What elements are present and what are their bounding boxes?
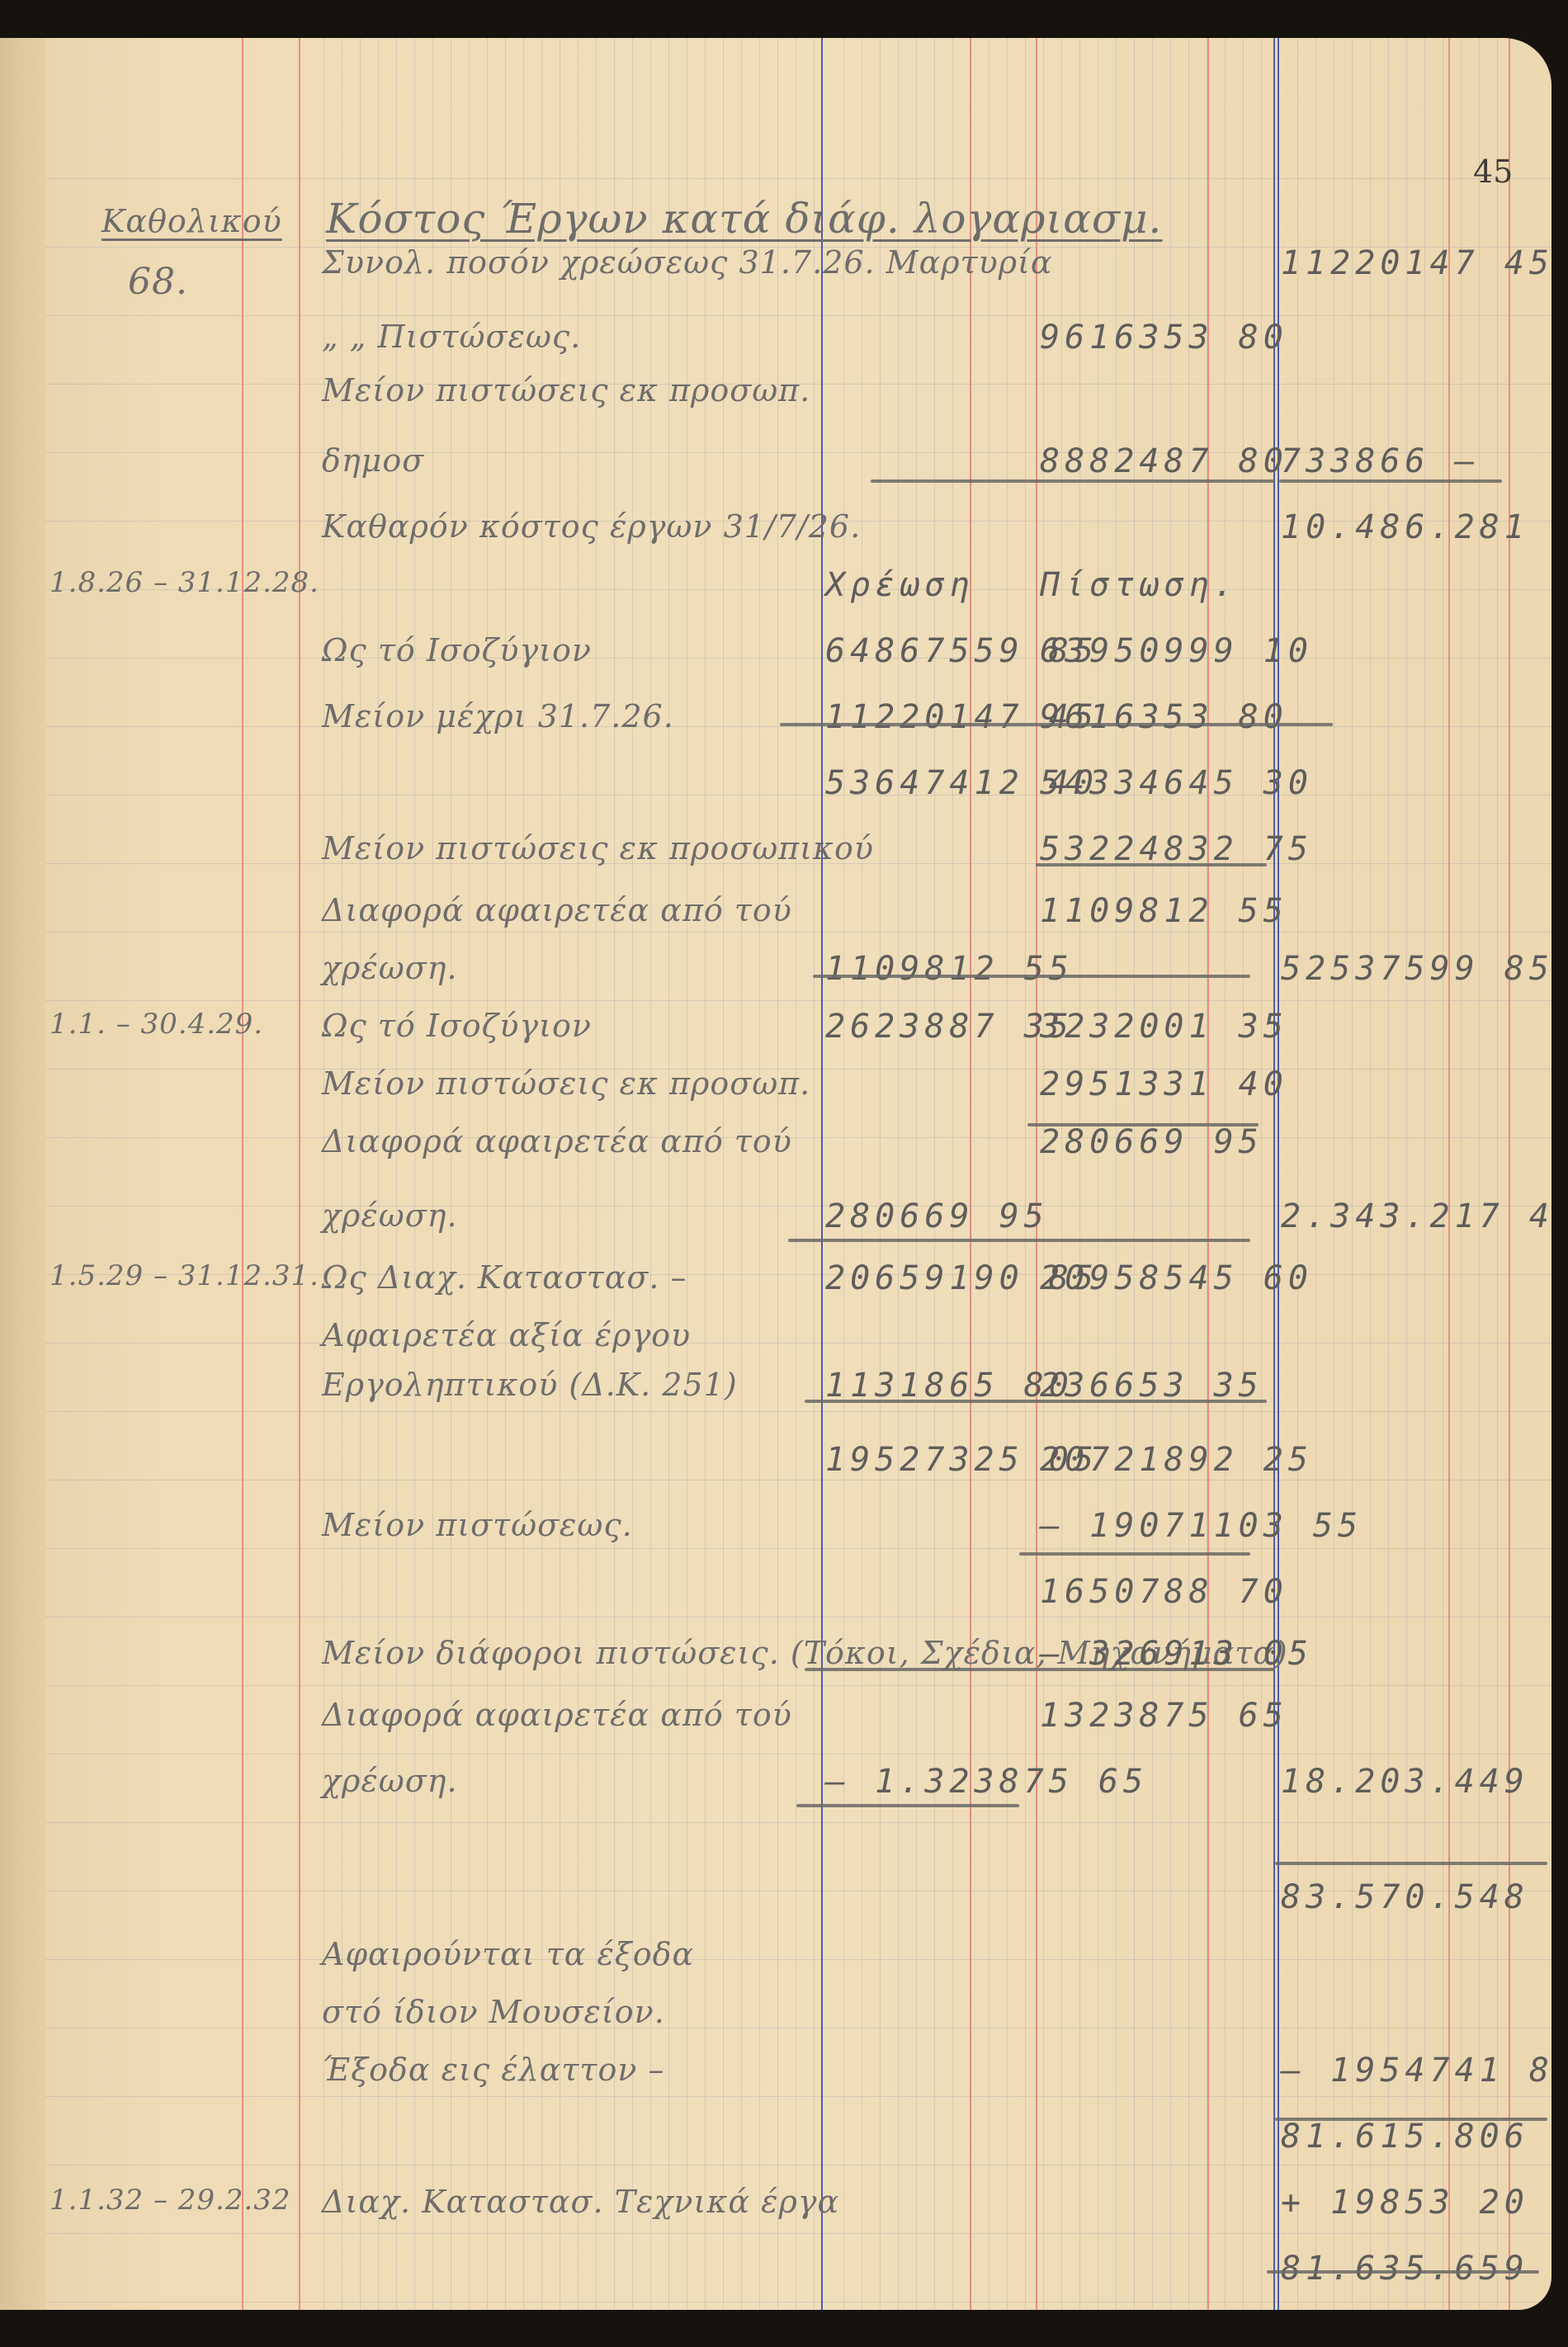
- credit-amount: 1323875 65: [1040, 1697, 1288, 1735]
- entry-description: Μείον πιστώσεις εκ προσωπικού: [322, 830, 874, 867]
- grid-line: [843, 38, 844, 2310]
- grid-line: [1225, 38, 1226, 2310]
- page-number: 45: [1473, 153, 1513, 190]
- entry-description: δημοσ: [322, 442, 424, 479]
- entry-description: χρέωση.: [322, 1197, 458, 1234]
- credit-amount: 20958545 60: [1040, 1259, 1313, 1297]
- entry-description: Αφαιρούνται τα έξοδα: [322, 1936, 694, 1972]
- entry-description: Διαφορά αφαιρετέα από τού: [322, 1123, 792, 1159]
- ruled-line: [45, 1822, 1551, 1823]
- previous-page-edge: [0, 38, 50, 2310]
- sum-rule: [1275, 2118, 1547, 2121]
- total-amount: 52537599 85: [1281, 950, 1551, 988]
- sum-rule: [813, 975, 1250, 978]
- grid-line: [898, 38, 899, 2310]
- grid-line: [1079, 38, 1080, 2310]
- entry-description: χρέωση.: [322, 950, 458, 986]
- total-amount: 81.635.659 45: [1281, 2250, 1551, 2288]
- grid-line: [1370, 38, 1371, 2310]
- total-amount: 81.615.806 25: [1281, 2118, 1551, 2156]
- total-column-rule: [1273, 38, 1275, 2310]
- entry-description: χρέωση.: [322, 1763, 458, 1799]
- entry-description: Μείον πιστώσεις εκ προσωπ.: [322, 1065, 810, 1102]
- grid-line: [862, 38, 862, 2310]
- ruled-line: [45, 2302, 1551, 2302]
- grid-line: [934, 38, 935, 2310]
- ruled-line: [45, 1137, 1551, 1138]
- grid-line: [1061, 38, 1062, 2310]
- sum-rule: [871, 479, 1275, 483]
- ruled-line: [45, 1343, 1551, 1344]
- credit-amount: 20721892 25: [1040, 1441, 1313, 1479]
- grid-line: [1043, 38, 1044, 2310]
- grid-line: [1461, 38, 1462, 2310]
- sum-rule: [780, 723, 1333, 726]
- credit-amount: 63950999 10: [1040, 632, 1313, 670]
- entry-description: στό ίδιον Μουσείον.: [322, 1994, 665, 2030]
- grid-line: [1479, 38, 1480, 2310]
- entry-description: Ως τό Ισοζύγιον: [322, 1008, 592, 1044]
- ruled-line: [45, 1480, 1551, 1480]
- credit-amount: 9616353 80: [1040, 698, 1288, 736]
- credit-amount: 8882487 80: [1040, 442, 1288, 480]
- grid-line: [1388, 38, 1389, 2310]
- debit-amount: – 1.323875 65: [825, 1763, 1148, 1801]
- entry-description: Μείον μέχρι 31.7.26.: [322, 698, 674, 734]
- ruled-line: [45, 1959, 1551, 1960]
- sum-rule: [1275, 1862, 1547, 1865]
- total-amount: 10.486.281 45: [1281, 508, 1551, 546]
- sum-rule: [1027, 1123, 1259, 1126]
- ruled-line: [45, 932, 1551, 933]
- grid-line: [880, 38, 881, 2310]
- total-amount: 2.343.217 40: [1281, 1197, 1551, 1235]
- entry-description: Μείον πιστώσεως.: [322, 1507, 633, 1543]
- total-amount: 18.203.449 40: [1281, 1763, 1551, 1801]
- sum-rule: [788, 1239, 1250, 1242]
- grid-line: [989, 38, 989, 2310]
- sum-rule: [1019, 1552, 1250, 1556]
- right-margin-rule: [1509, 38, 1510, 2310]
- credit-amount: 2951331 40: [1040, 1065, 1288, 1103]
- period-label: 1.8.26 – 31.12.28.: [50, 566, 319, 599]
- ruled-line: [45, 2096, 1551, 2097]
- grid-line: [971, 38, 971, 2310]
- grid-line: [814, 38, 815, 2310]
- ruled-line: [45, 1685, 1551, 1686]
- grid-line: [1352, 38, 1353, 2310]
- ruled-line: [45, 1411, 1551, 1412]
- page-title: Κόστος Έργων κατά διάφ. λογαριασμ.: [326, 195, 1162, 243]
- grid-line: [1007, 38, 1008, 2310]
- entry-description: Διαφορά αφαιρετέα από τού: [322, 892, 792, 928]
- total-amount: + 19853 20: [1281, 2184, 1529, 2222]
- account-label: Καθολικού: [102, 203, 282, 239]
- debit-column-rule: [821, 38, 823, 2310]
- sum-rule: [1267, 2270, 1539, 2274]
- credit-amount: Πίστωση.: [1040, 566, 1239, 604]
- total-amount: 83.570.548 10: [1281, 1878, 1551, 1916]
- total-amount: 11220147 45: [1281, 244, 1551, 282]
- grid-line: [1207, 38, 1207, 2310]
- grid-line: [1297, 38, 1298, 2310]
- period-label: 1.1. – 30.4.29.: [50, 1008, 263, 1041]
- credit-amount: 1650788 70: [1040, 1573, 1288, 1611]
- ruled-line: [45, 658, 1551, 659]
- grid-line: [1170, 38, 1171, 2310]
- total-amount: – 1954741 85: [1281, 2052, 1551, 2090]
- grid-line: [1443, 38, 1443, 2310]
- grid-line: [916, 38, 917, 2310]
- entry-description: Μείον πιστώσεις εκ προσωπ.: [322, 372, 810, 408]
- period-label: 1.1.32 – 29.2.32: [50, 2184, 291, 2217]
- credit-amount: 280669 95: [1040, 1123, 1263, 1161]
- account-number: 68.: [128, 261, 188, 303]
- grid-line: [1188, 38, 1189, 2310]
- debit-amount: 2623887 35: [825, 1008, 1074, 1046]
- credit-amount: 9616353 80: [1040, 319, 1288, 357]
- grid-line: [1406, 38, 1407, 2310]
- ruled-line: [45, 178, 1551, 179]
- ledger-page: 45 Καθολικού 68. Κόστος Έργων κατά διάφ.…: [45, 38, 1551, 2310]
- grid-line: [1424, 38, 1425, 2310]
- ruled-line: [45, 1754, 1551, 1754]
- grid-line: [1098, 38, 1098, 2310]
- debit-amount: 1109812 55: [825, 950, 1074, 988]
- credit-cents-rule: [1207, 38, 1209, 2310]
- grid-line: [1243, 38, 1244, 2310]
- ruled-line: [45, 315, 1551, 316]
- entry-description: Ως Διαχ. Καταστασ. –: [322, 1259, 687, 1296]
- credit-amount: 3232001 35: [1040, 1008, 1288, 1046]
- entry-description: Έξοδα εις έλαττον –: [322, 2052, 665, 2088]
- total-column-rule-double: [1278, 38, 1279, 2310]
- ruled-line: [45, 795, 1551, 796]
- ruled-line: [45, 1617, 1551, 1617]
- ruled-line: [45, 2165, 1551, 2165]
- entry-description: Διαχ. Καταστασ. Τεχνικά έργα: [322, 2184, 839, 2220]
- ruled-line: [45, 1548, 1551, 1549]
- total-amount: 733866 –: [1281, 442, 1480, 480]
- ruled-line: [45, 2028, 1551, 2028]
- entry-description: Αφαιρετέα αξία έργου: [322, 1317, 691, 1353]
- period-label: 1.5.29 – 31.12.31.: [50, 1259, 319, 1292]
- sum-rule: [796, 1804, 1019, 1807]
- margin-rule-1: [242, 38, 243, 2310]
- entry-description: Εργοληπτικού (Δ.Κ. 251): [322, 1367, 738, 1403]
- grid-line: [1334, 38, 1334, 2310]
- entry-description: Διαφορά αφαιρετέα από τού: [322, 1697, 792, 1733]
- entry-description: Καθαρόν κόστος έργων 31/7/26.: [322, 508, 861, 545]
- sum-rule: [805, 1668, 1275, 1671]
- entry-description: Ως τό Ισοζύγιον: [322, 632, 592, 668]
- credit-amount: 54334645 30: [1040, 764, 1313, 802]
- ruled-line: [45, 726, 1551, 727]
- grid-line: [952, 38, 953, 2310]
- grid-line: [1315, 38, 1316, 2310]
- sum-rule: [1279, 479, 1502, 483]
- ruled-line: [45, 2233, 1551, 2234]
- entry-description: „ „ Πιστώσεως.: [322, 319, 581, 355]
- credit-column-rule: [1036, 38, 1037, 2310]
- grid-line: [1025, 38, 1026, 2310]
- margin-rule-2: [299, 38, 300, 2310]
- grid-line: [1134, 38, 1135, 2310]
- grid-line: [1152, 38, 1153, 2310]
- grid-line: [1116, 38, 1117, 2310]
- sum-rule: [805, 1400, 1267, 1403]
- credit-amount: – 19071103 55: [1040, 1507, 1363, 1545]
- grid-line: [1261, 38, 1262, 2310]
- debit-amount: 280669 95: [825, 1197, 1049, 1235]
- grid-line: [1497, 38, 1498, 2310]
- debit-amount: Χρέωση: [825, 566, 975, 604]
- ruled-line: [45, 1000, 1551, 1001]
- entry-description: Συνολ. ποσόν χρεώσεως 31.7.26. Μαρτυρία: [322, 244, 1053, 281]
- sum-rule: [1036, 863, 1267, 867]
- total-cents-rule: [1448, 38, 1450, 2310]
- credit-amount: 1109812 55: [1040, 892, 1288, 930]
